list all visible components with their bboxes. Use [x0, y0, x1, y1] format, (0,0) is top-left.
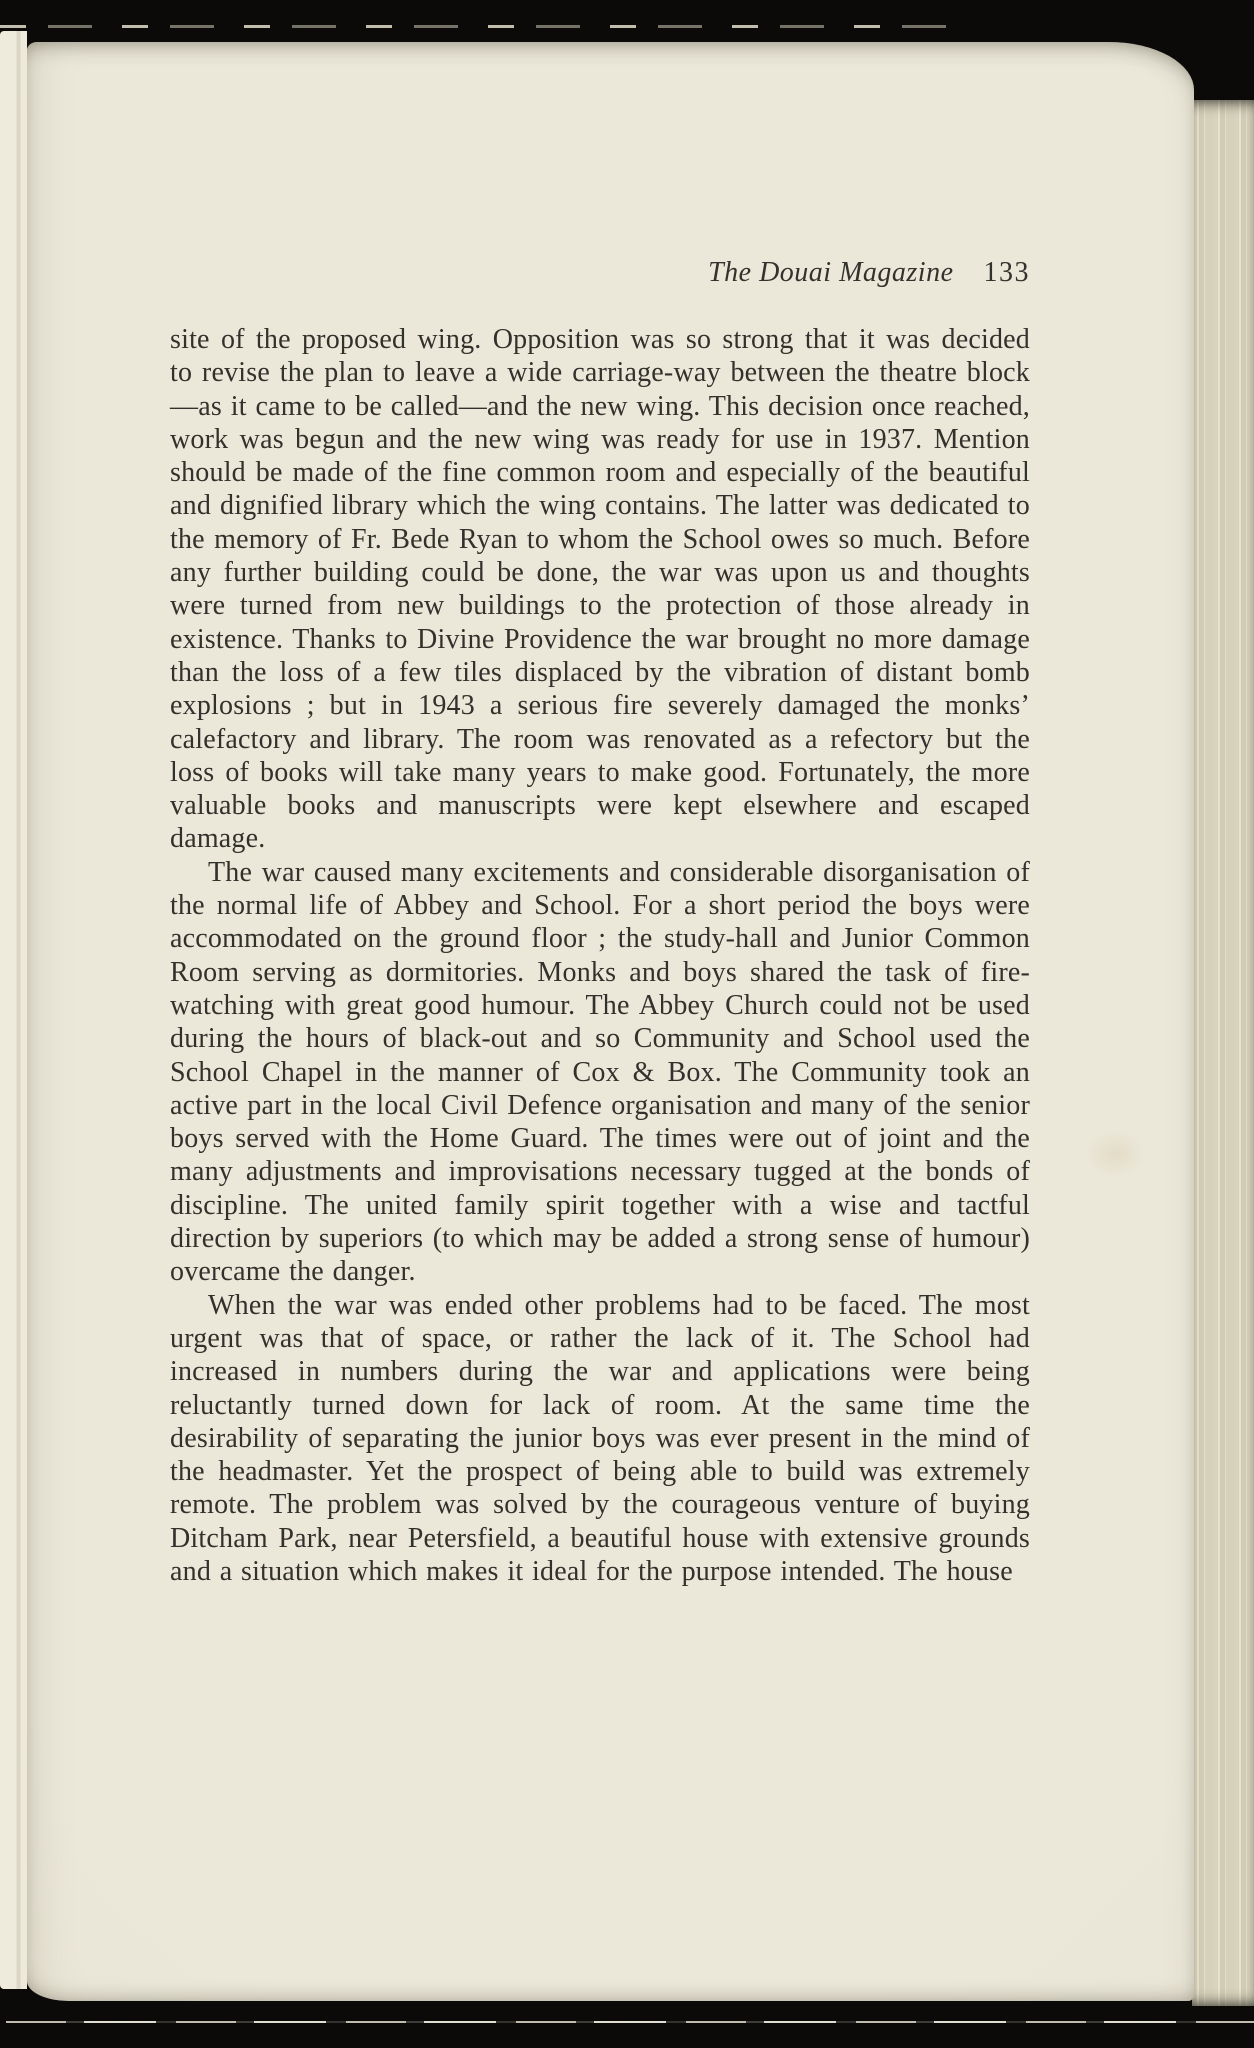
running-header: The Douai Magazine133 — [170, 257, 1030, 289]
cover-edge-highlight — [0, 25, 952, 28]
paragraph: The war caused many excitements and cons… — [170, 856, 1030, 1289]
paper-stain — [1085, 1130, 1145, 1178]
page-number: 133 — [984, 257, 1031, 288]
journal-title: The Douai Magazine — [708, 257, 953, 288]
paragraph: When the war was ended other problems ha… — [170, 1289, 1030, 1589]
scanned-book-page: The Douai Magazine133 site of the propos… — [0, 0, 1254, 2048]
left-page-edge — [0, 31, 27, 1989]
page-stack-edges — [1192, 100, 1254, 2006]
bottom-edge-line — [6, 2021, 1254, 2023]
article-body: site of the proposed wing. Opposition wa… — [170, 323, 1030, 1588]
book-page: The Douai Magazine133 site of the propos… — [27, 42, 1194, 2001]
paragraph: site of the proposed wing. Opposition wa… — [170, 323, 1030, 856]
